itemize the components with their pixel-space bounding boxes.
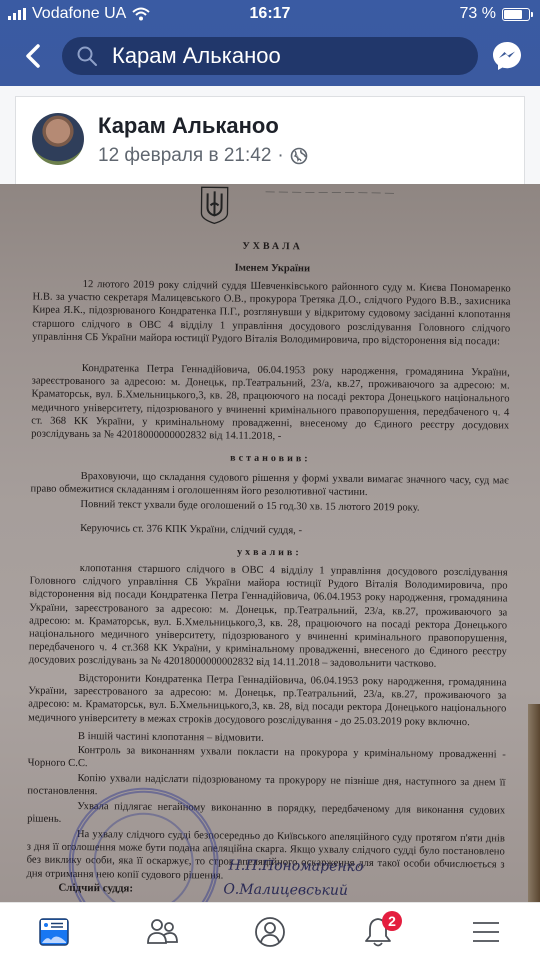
back-button[interactable] [18,40,48,72]
doc-paragraph: Керуючись ст. 376 КПК України, слідчий с… [30,521,508,539]
bottom-tab-bar: 2 [0,902,540,960]
doc-paragraph: Повний текст ухвали буде оголошений о 15… [30,497,508,515]
friends-icon [145,915,179,949]
status-right: 73 % [460,5,530,23]
messenger-icon[interactable] [490,39,524,73]
tab-news-feed[interactable] [0,903,108,960]
doc-case-number: — — — — — — — — — — [266,185,395,200]
doc-paragraph: Відсторонити Кондратенка Петра Геннадійо… [28,671,507,729]
doc-paragraph: Контроль за виконанням ухвали покласти н… [28,743,506,774]
doc-sign-label: Слідчий суддя: [58,882,133,896]
search-icon [76,45,98,67]
post-header: Карам Альканоо 12 февраля в 21:42 · [15,96,525,191]
doc-title: УХВАЛА [25,237,520,255]
doc-paragraph: Враховуючи, що складання судового рішенн… [30,469,508,500]
meta-separator: · [277,145,283,167]
post-author[interactable]: Карам Альканоо [98,113,279,139]
court-document: — — — — — — — — — — УХВАЛА Іменем Україн… [18,184,520,902]
profile-icon [253,915,287,949]
doc-ruled: ухвалив: [22,543,517,561]
coat-of-arms-icon [199,185,229,225]
battery-percent: 73 % [460,5,496,23]
post-meta: 12 февраля в 21:42 · [98,145,308,167]
post-date[interactable]: 12 февраля в 21:42 [98,145,271,167]
doc-paragraph: 12 лютого 2019 року слідчий суддя Шевчен… [32,278,511,349]
globe-icon [290,147,308,165]
search-query: Карам Альканоо [112,43,281,69]
doc-paragraph: клопотання старшого слідчого в ОВС 4 від… [29,561,508,672]
chevron-left-icon [25,44,41,68]
status-bar: Vodafone UA 16:17 73 % [0,0,540,30]
tab-profile[interactable] [216,903,324,960]
doc-paragraph: Кондратенка Петра Геннадійовича, 06.04.1… [31,362,510,446]
facebook-app: Vodafone UA 16:17 73 % [0,0,540,960]
signature: О.Малицевський [223,884,348,899]
top-bar: Vodafone UA 16:17 73 % [0,0,540,86]
photo-edge [528,704,540,902]
signature: Н.П.Пономаренко [229,860,364,875]
notification-badge: 2 [382,911,402,931]
tab-notifications[interactable]: 2 [324,903,432,960]
hamburger-menu-icon [469,915,503,949]
tab-menu[interactable] [432,903,540,960]
tab-friends[interactable] [108,903,216,960]
avatar[interactable] [32,113,84,165]
nav-row: Карам Альканоо [0,36,540,76]
news-feed-icon [37,915,71,949]
search-input[interactable]: Карам Альканоо [62,37,478,75]
battery-icon [502,8,530,21]
doc-subtitle: Іменем України [25,259,520,277]
doc-established: встановив: [23,449,518,467]
post-photo[interactable]: — — — — — — — — — — УХВАЛА Іменем Україн… [0,184,540,902]
doc-paragraph: Копію ухвали надіслати підозрюваному та … [27,771,505,802]
